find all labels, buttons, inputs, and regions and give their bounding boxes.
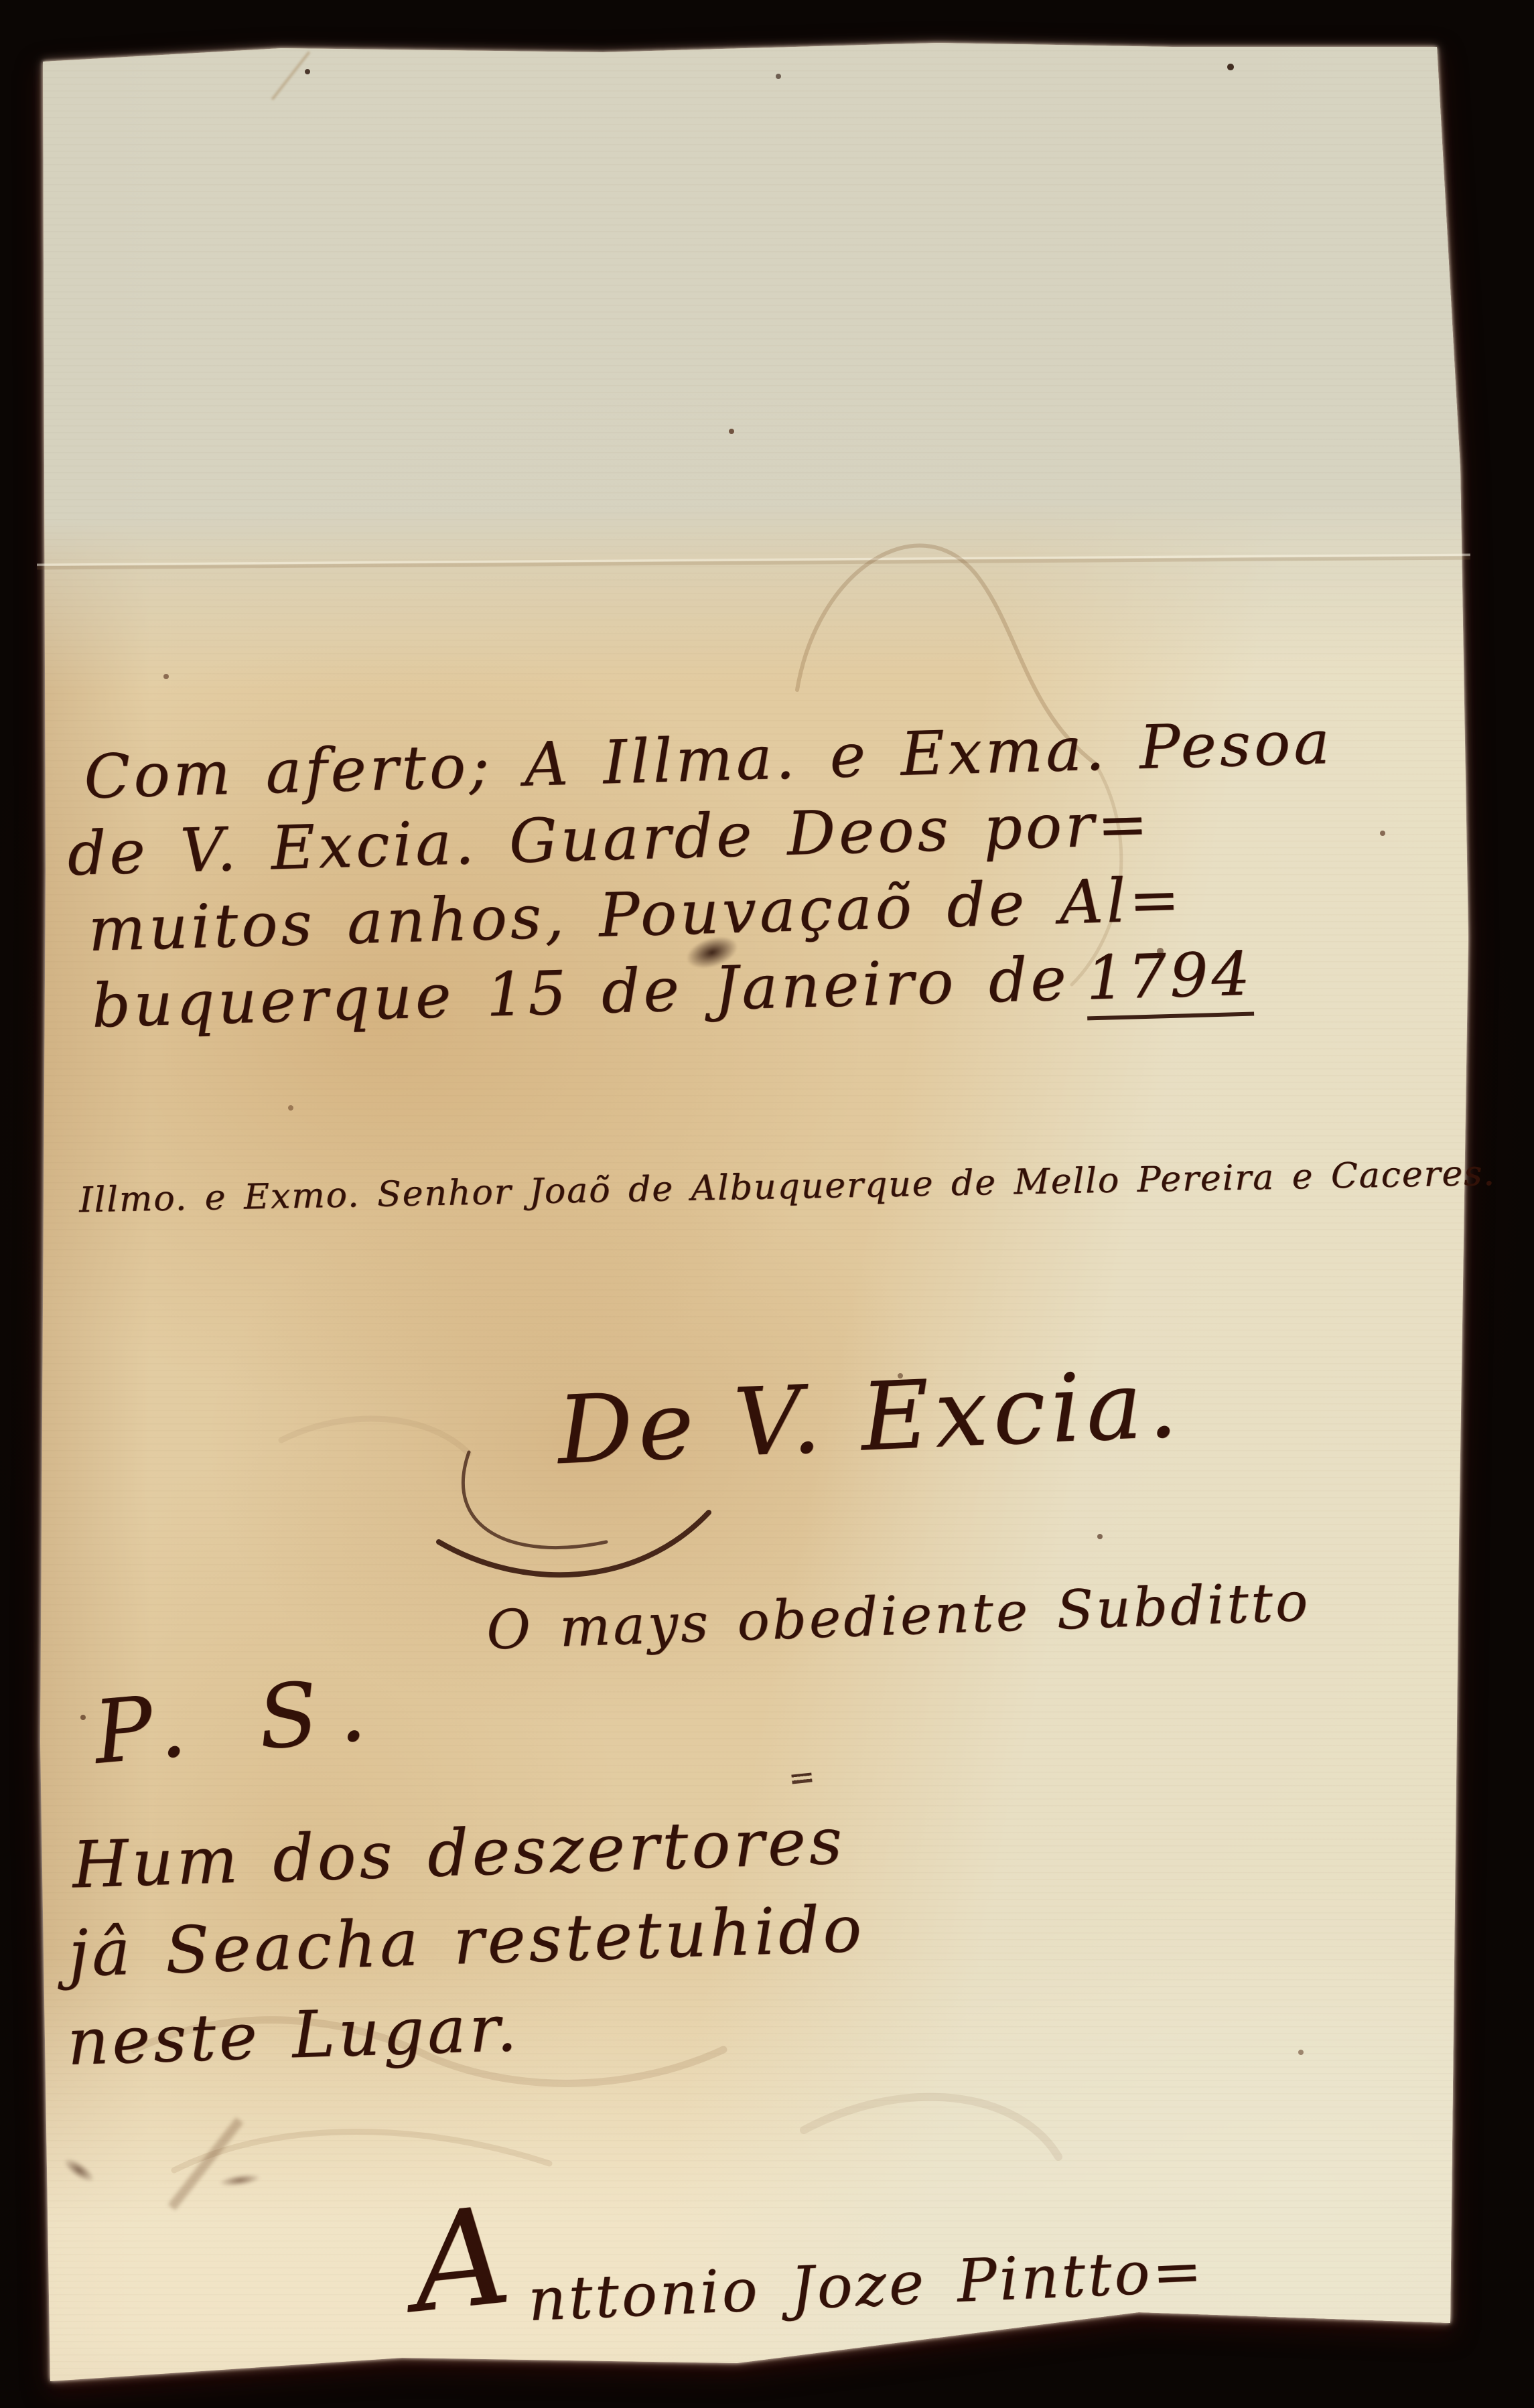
ink-specks	[0, 0, 3, 3]
postscript-block: Hum dos deszertores jâ Seacha restetuhid…	[71, 1796, 869, 2086]
photo-backdrop: Com aferto; A Illma. e Exma. Pesoa de V.…	[0, 0, 1534, 2408]
signature-initial: A	[405, 2178, 517, 2343]
dateline-year-underlined: 1794	[1085, 939, 1254, 1021]
closing-paragraph: Com aferto; A Illma. e Exma. Pesoa de V.…	[83, 705, 1340, 1045]
